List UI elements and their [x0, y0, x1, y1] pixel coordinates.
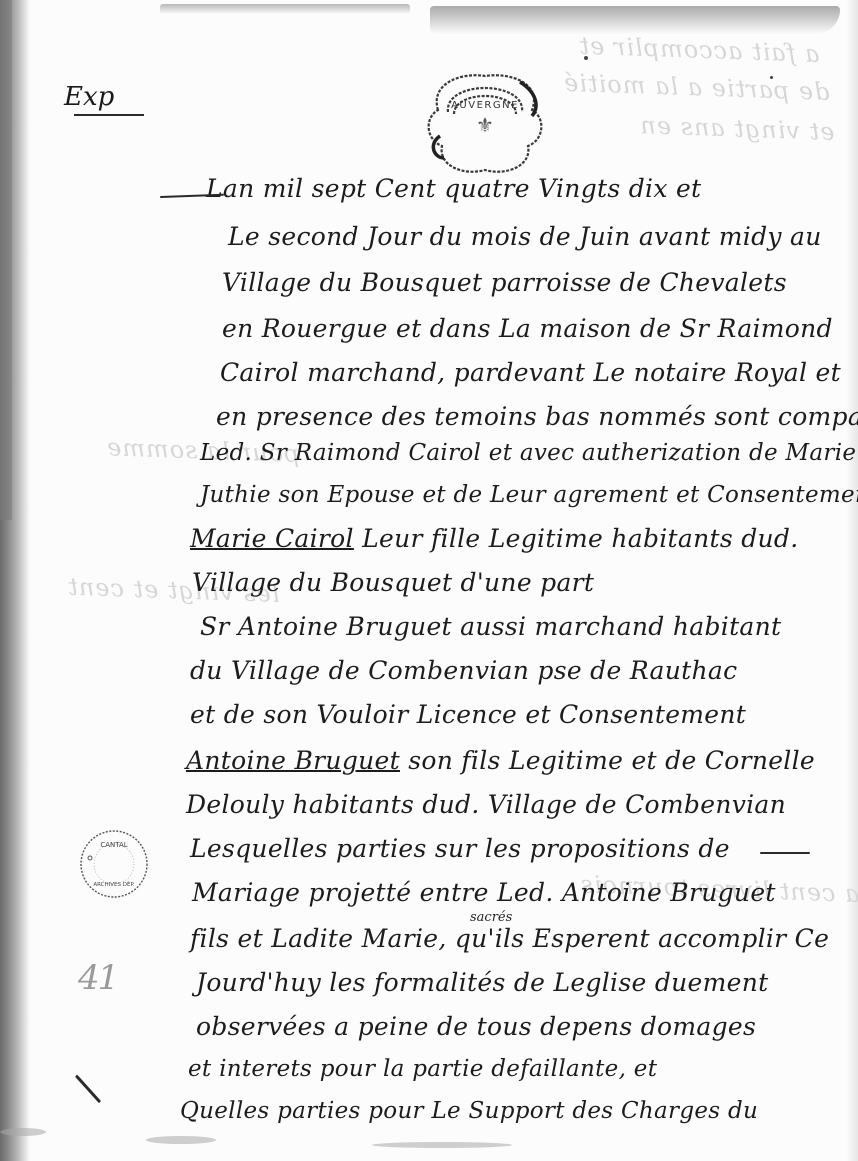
text-line-19: Jourd'huy les formalités de Leglise duem…	[196, 968, 768, 997]
ink-speck	[770, 76, 773, 79]
text-line-3: Village du Bousquet parroisse de Chevale…	[222, 268, 787, 297]
torn-edge-bottom	[372, 1142, 512, 1148]
text-line-2: Le second Jour du mois de Juin avant mid…	[228, 222, 822, 251]
svg-text:⚜: ⚜	[476, 113, 494, 137]
text-line-14: Antoine Bruguet son fils Legitime et de …	[186, 746, 815, 775]
text-line-8: Juthie son Epouse et de Leur agrement et…	[200, 482, 858, 508]
torn-edge-top-right	[430, 6, 840, 34]
bleed-through-text: a fait accomplir et	[578, 32, 820, 68]
text-line-18: fils et Ladite Marie, qu'ils Esperent ac…	[190, 924, 829, 953]
text-line-6: en presence des temoins bas nommés sont …	[216, 402, 858, 431]
torn-edge-bottom	[146, 1136, 216, 1144]
text-line-7: Led. Sr Raimond Cairol et avec autheriza…	[200, 440, 856, 466]
scanned-document-page: a fait accomplir et de partie a la moiti…	[0, 0, 858, 1161]
ink-speck	[584, 56, 588, 60]
bleed-through-text: et vingt ans en	[639, 111, 835, 146]
pen-stroke-mark	[75, 1074, 101, 1103]
interlinear-insertion: sacrés	[470, 910, 512, 925]
text-line-13: et de son Vouloir Licence et Consentemen…	[190, 700, 746, 729]
text-line-11: Sr Antoine Bruguet aussi marchand habita…	[200, 612, 781, 641]
text-line-12: du Village de Combenvian pse de Rauthac	[190, 656, 737, 685]
text-line-10: Village du Bousquet d'une part	[192, 568, 594, 597]
scanner-shadow-left-dark	[0, 0, 12, 520]
margin-note: Exp	[64, 82, 114, 112]
svg-text:CANTAL: CANTAL	[100, 841, 127, 849]
fiscal-stamp-icon: AUVERGNE ⚜	[420, 66, 550, 178]
bleed-through-text: de partie a la moitié	[563, 69, 830, 106]
bride-name: Marie Cairol	[190, 524, 354, 553]
groom-name: Antoine Bruguet	[186, 746, 400, 775]
text-line-1: Lan mil sept Cent quatre Vingts dix et	[206, 174, 701, 203]
torn-edge-bottom	[0, 1128, 46, 1136]
page-edge-right	[846, 0, 858, 1161]
margin-note-underline	[74, 114, 144, 116]
text-line-16: Lesquelles parties sur les propositions …	[190, 834, 730, 863]
torn-edge-top-left	[160, 4, 410, 14]
text-line-4: en Rouergue et dans La maison de Sr Raim…	[222, 314, 833, 343]
text-line-21: et interets pour la partie defaillante, …	[188, 1056, 657, 1082]
text-line-17: Mariage projetté entre Led. Antoine Brug…	[192, 878, 776, 907]
text-line-15: Delouly habitants dud. Village de Comben…	[186, 790, 786, 819]
text-line-9: Marie Cairol Marie Cairol Leur fille Leg…	[190, 524, 798, 553]
folio-number: 41	[78, 958, 117, 998]
line-filler-stroke	[760, 852, 810, 854]
text-line-22: Quelles parties pour Le Support des Char…	[180, 1098, 758, 1124]
archive-stamp-icon: CANTAL ARCHIVES DÉP.	[78, 828, 150, 900]
text-line-5: Cairol marchand, pardevant Le notaire Ro…	[220, 358, 841, 387]
text-line-20: observées a peine de tous depens domages	[196, 1012, 756, 1041]
svg-text:AUVERGNE: AUVERGNE	[451, 100, 519, 111]
svg-text:ARCHIVES DÉP.: ARCHIVES DÉP.	[93, 880, 135, 888]
